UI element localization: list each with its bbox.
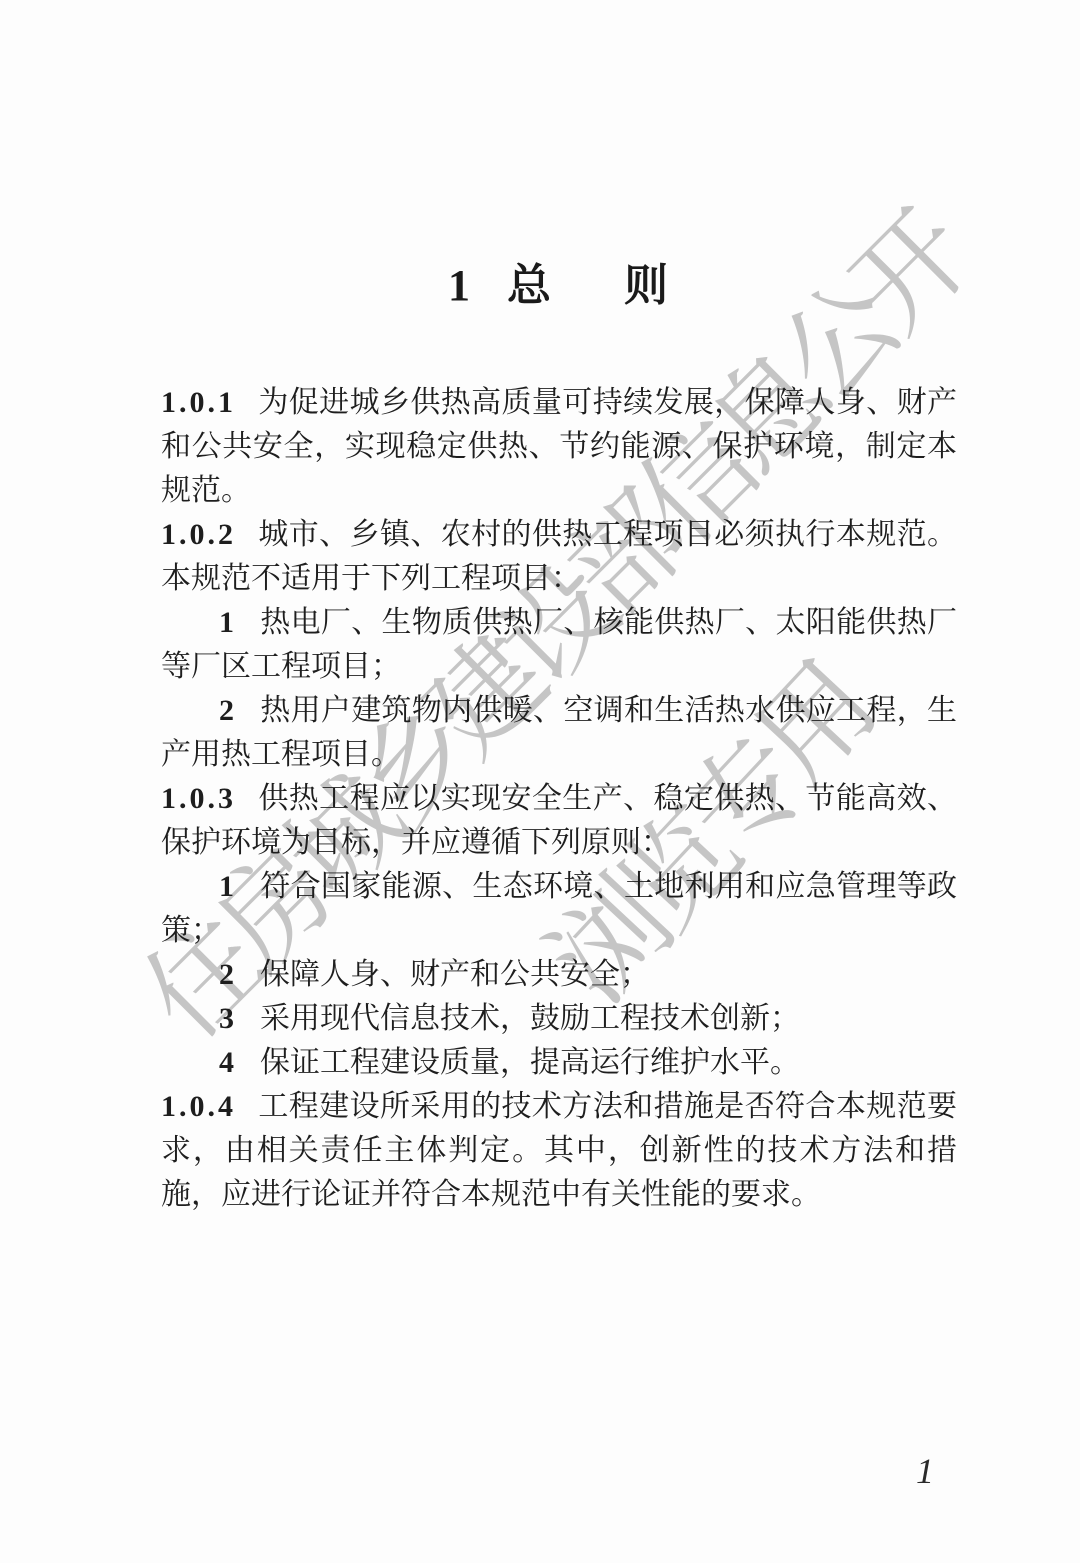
chapter-title-number: 1 bbox=[448, 260, 470, 312]
item-text: 符合国家能源、生态环境、土地利用和应急管理等政策； bbox=[161, 870, 957, 947]
clause-1-0-3: 1.0.3供热工程应以实现安全生产、稳定供热、节能高效、保护环境为目标，并应遵循… bbox=[161, 777, 957, 865]
clause-text: 城市、乡镇、农村的供热工程项目必须执行本规范。本规范不适用于下列工程项目： bbox=[161, 518, 957, 595]
clause-1-0-3-item-1: 1符合国家能源、生态环境、土地利用和应急管理等政策； bbox=[161, 865, 957, 953]
item-number: 4 bbox=[219, 1046, 234, 1079]
clause-1-0-2: 1.0.2城市、乡镇、农村的供热工程项目必须执行本规范。本规范不适用于下列工程项… bbox=[161, 513, 957, 601]
clause-1-0-3-item-3: 3采用现代信息技术，鼓励工程技术创新； bbox=[161, 997, 957, 1041]
clause-1-0-3-item-2: 2保障人身、财产和公共安全； bbox=[161, 953, 957, 997]
item-number: 2 bbox=[219, 694, 234, 727]
item-number: 3 bbox=[219, 1002, 234, 1035]
clause-number: 1.0.1 bbox=[161, 386, 236, 419]
clause-text: 为促进城乡供热高质量可持续发展，保障人身、财产和公共安全，实现稳定供热、节约能源… bbox=[161, 386, 957, 507]
clause-1-0-2-item-1: 1热电厂、生物质供热厂、核能供热厂、太阳能供热厂等厂区工程项目； bbox=[161, 601, 957, 689]
item-number: 1 bbox=[219, 870, 234, 903]
item-number: 1 bbox=[219, 606, 234, 639]
chapter-title: 1 总 则 bbox=[18, 260, 1080, 312]
clause-text: 供热工程应以实现安全生产、稳定供热、节能高效、保护环境为目标，并应遵循下列原则： bbox=[161, 782, 957, 859]
item-text: 采用现代信息技术，鼓励工程技术创新； bbox=[260, 1002, 800, 1035]
clause-number: 1.0.4 bbox=[161, 1090, 236, 1123]
clause-1-0-1: 1.0.1为促进城乡供热高质量可持续发展，保障人身、财产和公共安全，实现稳定供热… bbox=[161, 381, 957, 513]
clause-number: 1.0.2 bbox=[161, 518, 236, 551]
clause-1-0-2-item-2: 2热用户建筑物内供暖、空调和生活热水供应工程，生产用热工程项目。 bbox=[161, 689, 957, 777]
item-text: 保证工程建设质量，提高运行维护水平。 bbox=[260, 1046, 800, 1079]
item-text: 热用户建筑物内供暖、空调和生活热水供应工程，生产用热工程项目。 bbox=[161, 694, 957, 771]
item-text: 热电厂、生物质供热厂、核能供热厂、太阳能供热厂等厂区工程项目； bbox=[161, 606, 957, 683]
clause-1-0-3-item-4: 4保证工程建设质量，提高运行维护水平。 bbox=[161, 1041, 957, 1085]
chapter-body: 1.0.1为促进城乡供热高质量可持续发展，保障人身、财产和公共安全，实现稳定供热… bbox=[161, 381, 957, 1217]
chapter-title-char-1: 总 bbox=[507, 260, 551, 312]
clause-number: 1.0.3 bbox=[161, 782, 236, 815]
document-page: 住房城乡建设部信息公开 浏览专用 1 总 则 1.0.1为促进城乡供热高质量可持… bbox=[0, 0, 1080, 1563]
item-number: 2 bbox=[219, 958, 234, 991]
clause-1-0-4: 1.0.4工程建设所采用的技术方法和措施是否符合本规范要求，由相关责任主体判定。… bbox=[161, 1085, 957, 1217]
item-text: 保障人身、财产和公共安全； bbox=[260, 958, 650, 991]
page-number: 1 bbox=[895, 1450, 955, 1492]
clause-text: 工程建设所采用的技术方法和措施是否符合本规范要求，由相关责任主体判定。其中，创新… bbox=[161, 1090, 957, 1211]
chapter-title-char-2: 则 bbox=[624, 260, 668, 312]
